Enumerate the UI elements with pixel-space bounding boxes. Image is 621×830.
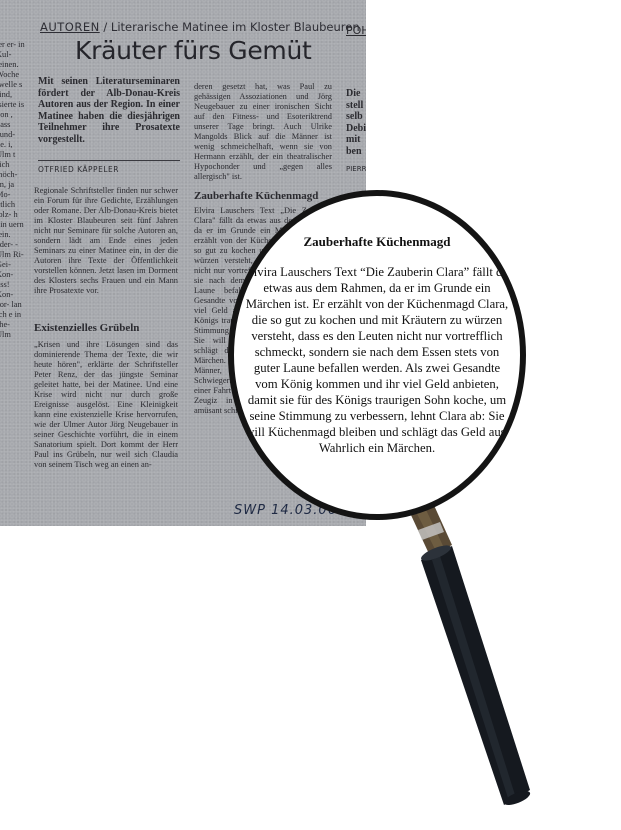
magnifier-lens: Zauberhafte Küchenmagd Elvira Lauschers … bbox=[228, 190, 526, 520]
article-headline: Kräuter fürs Gemüt bbox=[75, 36, 312, 65]
subhead-existenzielles: Existenzielles Grübeln bbox=[34, 322, 139, 334]
kicker-text: / Literarische Matinee im Kloster Blaube… bbox=[100, 20, 360, 34]
column1-paragraph2: „Krisen und ihre Lösungen sind das domin… bbox=[34, 340, 178, 470]
right-article-byline: PIERR bbox=[346, 165, 366, 173]
right-article-kicker: POH bbox=[346, 24, 366, 37]
column2-paragraph1: deren gesetzt hat, was Paul zu gehässige… bbox=[194, 82, 332, 182]
kicker-tag: AUTOREN bbox=[40, 20, 100, 34]
right-article-lead: Die stell selb Debi mit ben bbox=[346, 88, 366, 157]
left-column-fragments: ter er- in Kul- leinen. Woche rwelle s s… bbox=[0, 40, 26, 340]
byline-divider bbox=[38, 160, 180, 161]
article-kicker: AUTOREN / Literarische Matinee im Kloste… bbox=[40, 20, 360, 34]
magnified-title: Zauberhafte Küchenmagd bbox=[242, 234, 512, 250]
magnified-text: Zauberhafte Küchenmagd Elvira Lauschers … bbox=[242, 234, 512, 456]
subhead-zauberhafte: Zauberhafte Küchenmagd bbox=[194, 190, 318, 202]
article-byline: OTFRIED KÄPPELER bbox=[38, 165, 119, 174]
magnified-body: Elvira Lauschers Text “Die Zauberin Clar… bbox=[242, 264, 512, 456]
article-lead: Mit seinen Literaturseminaren fördert de… bbox=[38, 76, 180, 145]
column1-paragraph1: Regionale Schriftsteller finden nur schw… bbox=[34, 186, 178, 296]
